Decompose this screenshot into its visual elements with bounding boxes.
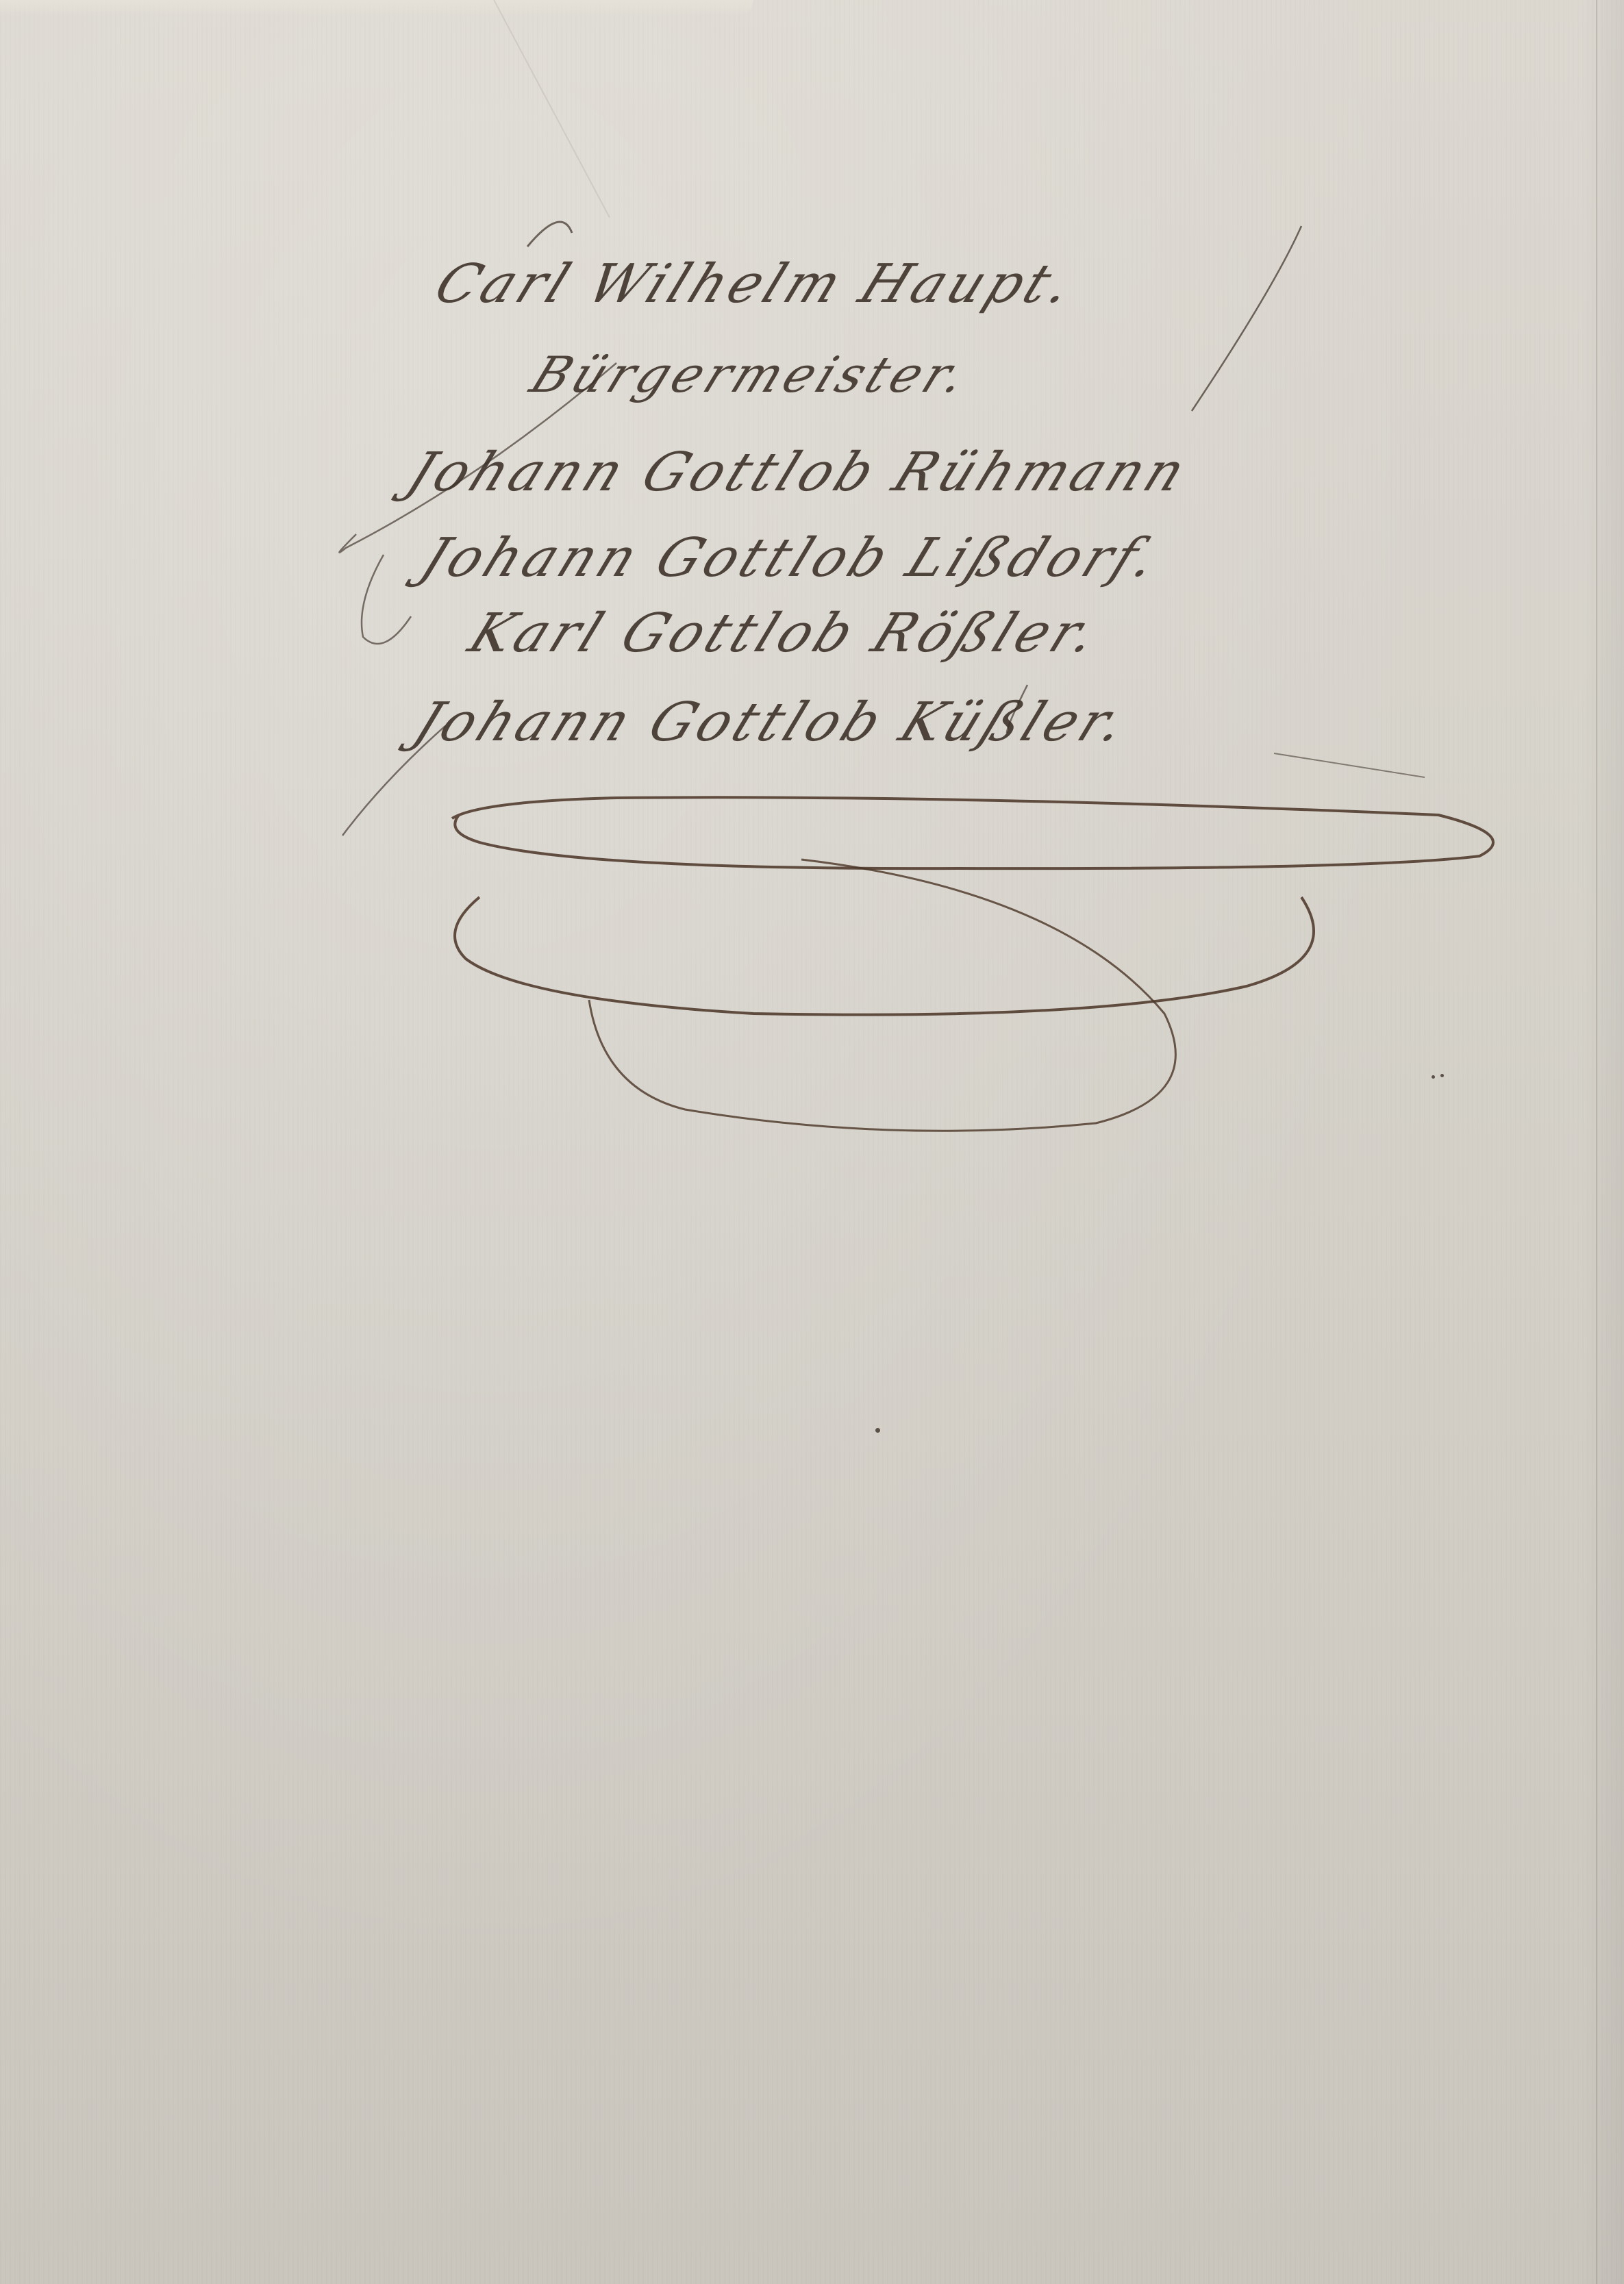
- ink-speck: [875, 1428, 880, 1433]
- paper-page: Carl Wilhelm Haupt. Bürgermeister. Johan…: [0, 0, 1624, 2284]
- ink-speck: [1432, 1075, 1435, 1079]
- ink-speck: [1440, 1074, 1444, 1077]
- pen-flourish-decoration: [0, 0, 1624, 2284]
